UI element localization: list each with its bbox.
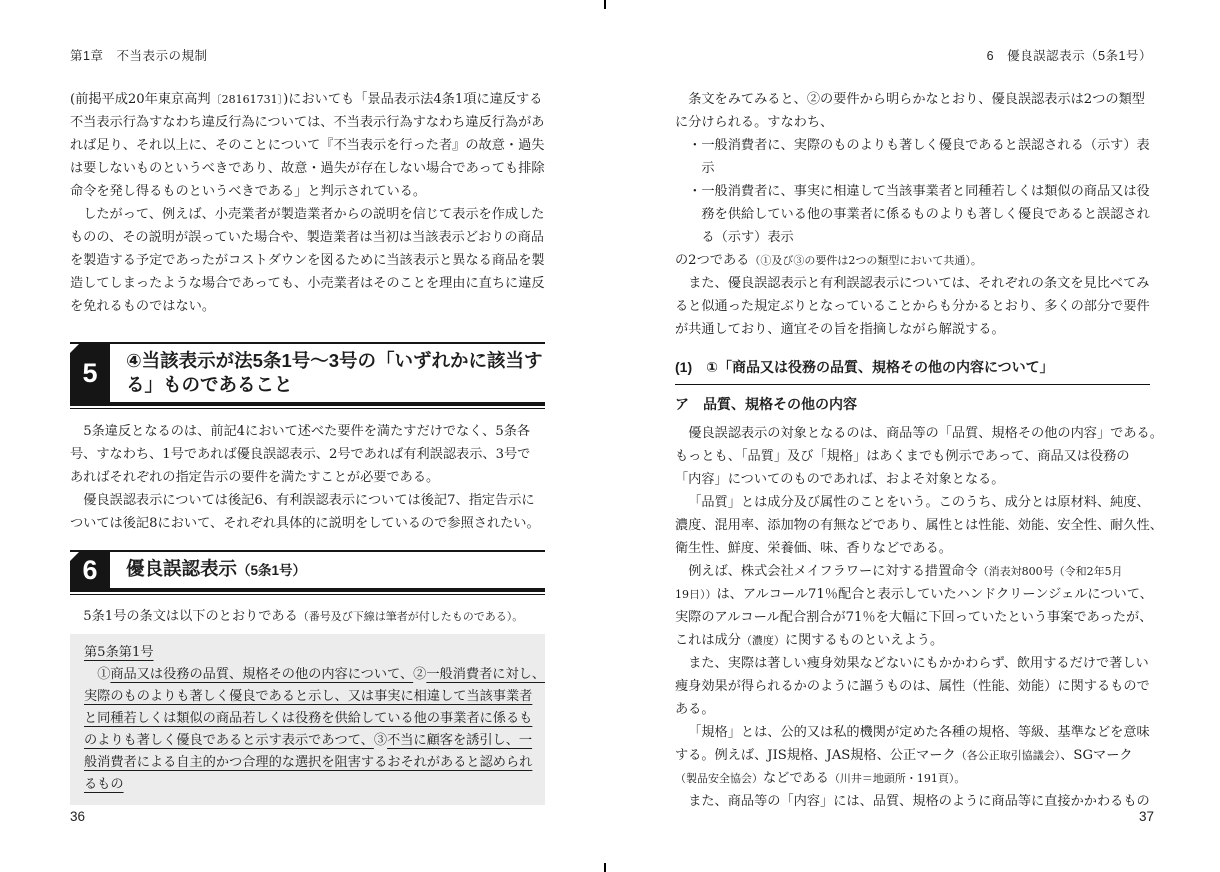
text-segment: 優良誤認表示については後記6、有利誤認表示については後記7、指定告示に — [83, 493, 534, 508]
text-segment: 実際のものよりも著しく優良であると示し、又は事実に相違して当該事業者 — [84, 689, 532, 704]
text-segment: ついては後記8において、それぞれ具体的に説明をしているので参照されたい。 — [70, 516, 540, 531]
section-number-badge: 5 — [70, 344, 110, 402]
text-line: 「規格」とは、公的又は私的機関が定めた各種の規格、等級、基準などを意味 — [675, 721, 1150, 744]
text-segment: が共通しており、適宜その旨を指摘しながら解説する。 — [675, 322, 1005, 337]
text-line: ・一般消費者に、事実に相違して当該事業者と同種若しくは類似の商品又は役 — [675, 180, 1150, 203]
text-segment: 例えば、株式会社メイフラワーに対する措置命令 — [688, 564, 977, 579]
text-line: ある。 — [675, 698, 1150, 721]
text-line: 示 — [675, 157, 1150, 180]
paragraph: (前掲平成20年東京高判〔28161731〕)においても「景品表示法4条1項に違… — [70, 88, 545, 318]
text-line: 第5条第1号 — [84, 642, 531, 664]
text-line: する。例えば、JIS規格、JAS規格、公正マーク（各公正取引協議会）、SGマーク — [675, 744, 1150, 767]
page-number-left: 36 — [70, 809, 85, 824]
page-right: 6 優良誤認表示（5条1号） 条文をみてみると、②の要件から明らかなとおり、優良… — [610, 0, 1220, 872]
text-segment: これは成分 — [675, 633, 741, 648]
text-segment: 〔28161731〕 — [211, 93, 284, 106]
text-segment: と同種若しくは類似の商品若しくは役務を供給している他の事業者に係るも — [84, 711, 532, 726]
text-segment: 優良誤認表示の対象となるのは、商品等の「品質、規格その他の内容」である。 — [688, 426, 1163, 441]
section-title-suffix: （5条1号） — [237, 563, 306, 578]
text-line: 命令を発し得るものというべきである」と判示されている。 — [70, 180, 545, 203]
text-segment: （各公正取引協議会） — [956, 749, 1061, 762]
text-line: これは成分（濃度）に関するものといえよう。 — [675, 629, 1150, 652]
text-line: は要しないものというべきであり、故意・過失が存在しない場合であっても排除 — [70, 157, 545, 180]
text-segment: 一般消費者に対し、 — [426, 667, 545, 682]
text-line: 条文をみてみると、②の要件から明らかなとおり、優良誤認表示は2つの類型 — [675, 88, 1150, 111]
text-segment: のよりも著しく優良であると示す表示であつて、 — [84, 733, 374, 748]
text-line: 「内容」についてのものであれば、およそ対象となる。 — [675, 468, 1150, 491]
text-segment: ・一般消費者に、実際のものよりも著しく優良であると誤認される（示す）表 — [688, 138, 1150, 153]
text-segment: 「規格」とは、公的又は私的機関が定めた各種の規格、等級、基準などを意味 — [688, 725, 1150, 740]
text-segment: （川井＝地頭所・191頁）。 — [829, 772, 966, 785]
text-segment: また、実際は著しい痩身効果などないにもかかわらず、飲用するだけで著しい — [688, 656, 1149, 671]
section-rule-thick — [70, 402, 545, 406]
text-segment: の2つである — [675, 253, 749, 268]
text-line: ものの、その説明が誤っていた場合や、製造業者は当初は当該表示どおりの商品 — [70, 226, 545, 249]
paragraph: 優良誤認表示の対象となるのは、商品等の「品質、規格その他の内容」である。もっとも… — [675, 422, 1150, 813]
section-title-line: ④当該表示が法5条1号～3号の「いずれかに該当す — [126, 349, 545, 373]
text-line: 不当表示行為すなわち違反行為については、不当表示行為すなわち違反行為があ — [70, 111, 545, 134]
section-title: ④当該表示が法5条1号～3号の「いずれかに該当する」ものであること — [110, 344, 545, 402]
section-heading: 6優良誤認表示（5条1号） — [70, 550, 545, 595]
section-number-badge: 6 — [70, 552, 110, 588]
text-segment: を免れるものではない。 — [70, 299, 215, 314]
text-segment: は、アルコール71％配合と表示していたハンドクリーンジェルについて、 — [717, 587, 1153, 602]
text-segment: に関するものといえよう。 — [785, 633, 943, 648]
section-rule-thin — [70, 408, 545, 409]
text-segment: 造してしまったような場合であっても、小売業者はそのことを理由に直ちに違反 — [70, 276, 545, 291]
text-line: を製造する予定であったがコストダウンを図るために当該表示と異なる商品を製 — [70, 249, 545, 272]
text-line: 実際のアルコール配合割合が71％を大幅に下回っていたという事案であったが、 — [675, 606, 1150, 629]
text-segment: （①及び③の要件は2つの類型において共通）。 — [749, 254, 982, 267]
text-segment: に分けられる。すなわち、 — [675, 115, 833, 130]
text-segment: （消表対800号（令和2年5月 — [978, 565, 1123, 578]
text-segment: 「品質」とは成分及び属性のことをいう。このうち、成分とは原材料、純度、 — [688, 495, 1150, 510]
text-line: と同種若しくは類似の商品若しくは役務を供給している他の事業者に係るも — [84, 708, 531, 730]
text-line: もっとも、「品質」及び「規格」はあくまでも例示であって、商品又は役務の — [675, 445, 1150, 468]
section-rule-thin — [70, 594, 545, 595]
text-segment: 条文をみてみると、②の要件から明らかなとおり、優良誤認表示は2つの類型 — [688, 92, 1145, 107]
text-segment: 実際のアルコール配合割合が71％を大幅に下回っていたという事案であったが、 — [675, 610, 1152, 625]
text-line: ・一般消費者に、実際のものよりも著しく優良であると誤認される（示す）表 — [675, 134, 1150, 157]
paragraph: 5条違反となるのは、前記4において述べた要件を満たすだけでなく、5条各号、すなわ… — [70, 420, 545, 535]
section-heading-row: 6優良誤認表示（5条1号） — [70, 552, 545, 588]
text-segment: もっとも、「品質」及び「規格」はあくまでも例示であって、商品又は役務の — [675, 449, 1130, 464]
text-line: 「品質」とは成分及び属性のことをいう。このうち、成分とは原材料、純度、 — [675, 491, 1150, 514]
text-line: 般消費者による自主的かつ合理的な選択を阻害するおそれがあると認められ — [84, 752, 531, 774]
text-line: 優良誤認表示の対象となるのは、商品等の「品質、規格その他の内容」である。 — [675, 422, 1150, 445]
text-segment: 痩身効果が得られるかのように謳うものは、属性（性能、効能）に関するもので — [675, 679, 1150, 694]
text-line: る（示す）表示 — [675, 226, 1150, 249]
text-segment: 5条1号の条文は以下のとおりである — [83, 609, 298, 624]
text-segment: また、優良誤認表示と有利誤認表示については、それぞれの条文を見比べてみ — [688, 276, 1149, 291]
text-line: を免れるものではない。 — [70, 295, 545, 318]
page-left: 第1章 不当表示の規制 (前掲平成20年東京高判〔28161731〕)においても… — [0, 0, 610, 872]
text-line: 濃度、混用率、添加物の有無などであり、属性とは性能、効能、安全性、耐久性、 — [675, 514, 1150, 537]
text-segment: れば足り、それ以上に、そのことについて『不当表示を行った者』の故意・過失 — [70, 138, 544, 153]
section-title-line: 優良誤認表示（5条1号） — [126, 557, 545, 583]
text-line: 造してしまったような場合であっても、小売業者はそのことを理由に直ちに違反 — [70, 272, 545, 295]
text-line: ると似通った規定ぶりとなっていることからも分かるとおり、多くの部分で要件 — [675, 295, 1150, 318]
text-segment: 不当に顧客を誘引し、一 — [387, 733, 532, 748]
text-line: 例えば、株式会社メイフラワーに対する措置命令（消表対800号（令和2年5月 — [675, 560, 1150, 583]
text-segment: ものの、その説明が誤っていた場合や、製造業者は当初は当該表示どおりの商品 — [70, 230, 544, 245]
text-line: 5条違反となるのは、前記4において述べた要件を満たすだけでなく、5条各 — [70, 420, 545, 443]
text-segment: ② — [413, 667, 426, 682]
text-segment: )においても「景品表示法4条1項に違反する — [283, 92, 542, 107]
text-segment: 不当表示行為すなわち違反行為については、不当表示行為すなわち違反行為があ — [70, 115, 544, 130]
text-segment: 般消費者による自主的かつ合理的な選択を阻害するおそれがあると認められ — [84, 755, 532, 770]
text-line: 実際のものよりも著しく優良であると示し、又は事実に相違して当該事業者 — [84, 686, 531, 708]
text-segment: 務を供給している他の事業者に係るものよりも著しく優良であると誤認され — [701, 207, 1149, 222]
text-line: 優良誤認表示については後記6、有利誤認表示については後記7、指定告示に — [70, 489, 545, 512]
text-segment: を製造する予定であったがコストダウンを図るために当該表示と異なる商品を製 — [70, 253, 545, 268]
subsection-heading: (1) ①「商品又は役務の品質、規格その他の内容について」 — [675, 356, 1150, 385]
statute-quote-box: 第5条第1号①商品又は役務の品質、規格その他の内容について、②一般消費者に対し、… — [70, 634, 545, 805]
text-line: の2つである（①及び③の要件は2つの類型において共通）。 — [675, 249, 1150, 272]
text-line: 19日））は、アルコール71％配合と表示していたハンドクリーンジェルについて、 — [675, 583, 1150, 606]
text-segment: は要しないものというべきであり、故意・過失が存在しない場合であっても排除 — [70, 161, 545, 176]
section-heading-row: 5④当該表示が法5条1号～3号の「いずれかに該当する」ものであること — [70, 344, 545, 402]
page-right-content: 条文をみてみると、②の要件から明らかなとおり、優良誤認表示は2つの類型に分けられ… — [675, 88, 1150, 813]
text-line: (前掲平成20年東京高判〔28161731〕)においても「景品表示法4条1項に違… — [70, 88, 545, 111]
text-segment: したがって、例えば、小売業者が製造業者からの説明を信じて表示を作成した — [83, 207, 544, 222]
text-line: あればそれぞれの指定告示の要件を満たすことが必要である。 — [70, 466, 545, 489]
text-segment: (前掲平成20年東京高判 — [70, 92, 211, 107]
text-segment: 「内容」についてのものであれば、およそ対象となる。 — [675, 472, 1004, 487]
text-line: が共通しており、適宜その旨を指摘しながら解説する。 — [675, 318, 1150, 341]
paragraph: 5条1号の条文は以下のとおりである（番号及び下線は筆者が付したものである）。 — [70, 605, 545, 628]
text-line: 務を供給している他の事業者に係るものよりも著しく優良であると誤認され — [675, 203, 1150, 226]
text-line: また、優良誤認表示と有利誤認表示については、それぞれの条文を見比べてみ — [675, 272, 1150, 295]
text-segment: （濃度） — [741, 634, 785, 647]
sub-subsection-heading: ア 品質、規格その他の内容 — [675, 393, 1150, 416]
text-segment: 19日）） — [675, 588, 717, 601]
text-line: るもの — [84, 774, 531, 796]
text-line: 5条1号の条文は以下のとおりである（番号及び下線は筆者が付したものである）。 — [70, 605, 545, 628]
text-line: また、実際は著しい痩身効果などないにもかかわらず、飲用するだけで著しい — [675, 652, 1150, 675]
text-segment: 、SGマーク — [1060, 748, 1132, 763]
text-line: のよりも著しく優良であると示す表示であつて、③不当に顧客を誘引し、一 — [84, 730, 531, 752]
text-segment: るもの — [84, 777, 124, 792]
page-left-content: (前掲平成20年東京高判〔28161731〕)においても「景品表示法4条1項に違… — [70, 88, 545, 805]
text-line: また、商品等の「内容」には、品質、規格のように商品等に直接かかわるもの — [675, 790, 1150, 813]
text-segment: する。例えば、JIS規格、JAS規格、公正マーク — [675, 748, 956, 763]
text-segment: また、商品等の「内容」には、品質、規格のように商品等に直接かかわるもの — [688, 794, 1150, 809]
section-title-line: る」ものであること — [126, 373, 545, 397]
text-segment: ③ — [374, 733, 387, 748]
text-line: ①商品又は役務の品質、規格その他の内容について、②一般消費者に対し、 — [84, 664, 531, 686]
text-segment: 衛生性、鮮度、栄養価、味、香りなどである。 — [675, 541, 952, 556]
section-heading: 5④当該表示が法5条1号～3号の「いずれかに該当する」ものであること — [70, 342, 545, 409]
text-line: したがって、例えば、小売業者が製造業者からの説明を信じて表示を作成した — [70, 203, 545, 226]
text-segment: 5条違反となるのは、前記4において述べた要件を満たすだけでなく、5条各 — [83, 424, 530, 439]
page-number-right: 37 — [1139, 809, 1154, 824]
text-line: （製品安全協会）などである（川井＝地頭所・191頁）。 — [675, 767, 1150, 790]
section-rule-thick — [70, 588, 545, 592]
text-segment: る（示す）表示 — [701, 230, 793, 245]
text-segment: 濃度、混用率、添加物の有無などであり、属性とは性能、効能、安全性、耐久性、 — [675, 518, 1163, 533]
text-segment: 命令を発し得るものというべきである」と判示されている。 — [70, 184, 426, 199]
text-segment: あればそれぞれの指定告示の要件を満たすことが必要である。 — [70, 470, 439, 485]
text-segment: 第5条第1号 — [84, 645, 154, 660]
text-line: ついては後記8において、それぞれ具体的に説明をしているので参照されたい。 — [70, 512, 545, 535]
running-header-left: 第1章 不当表示の規制 — [70, 46, 207, 64]
text-segment: 示 — [701, 161, 714, 176]
text-segment: 号、すなわち、1号であれば優良誤認表示、2号であれば有利誤認表示、3号で — [70, 447, 530, 462]
text-line: 衛生性、鮮度、栄養価、味、香りなどである。 — [675, 537, 1150, 560]
text-line: に分けられる。すなわち、 — [675, 111, 1150, 134]
text-line: 号、すなわち、1号であれば優良誤認表示、2号であれば有利誤認表示、3号で — [70, 443, 545, 466]
section-title: 優良誤認表示（5条1号） — [110, 552, 545, 588]
text-line: 痩身効果が得られるかのように謳うものは、属性（性能、効能）に関するもので — [675, 675, 1150, 698]
text-segment: などである — [763, 771, 829, 786]
text-segment: ると似通った規定ぶりとなっていることからも分かるとおり、多くの部分で要件 — [675, 299, 1150, 314]
text-segment: ある。 — [675, 702, 715, 717]
text-segment: ① — [97, 667, 110, 682]
running-header-right: 6 優良誤認表示（5条1号） — [987, 46, 1152, 64]
text-segment: 商品又は役務の品質、規格その他の内容について、 — [110, 667, 413, 682]
book-spread: 第1章 不当表示の規制 (前掲平成20年東京高判〔28161731〕)においても… — [0, 0, 1220, 872]
text-segment: ・一般消費者に、事実に相違して当該事業者と同種若しくは類似の商品又は役 — [688, 184, 1150, 199]
paragraph: 条文をみてみると、②の要件から明らかなとおり、優良誤認表示は2つの類型に分けられ… — [675, 88, 1150, 341]
text-segment: （番号及び下線は筆者が付したものである）。 — [298, 610, 524, 623]
text-segment: （製品安全協会） — [675, 772, 763, 785]
text-line: れば足り、それ以上に、そのことについて『不当表示を行った者』の故意・過失 — [70, 134, 545, 157]
